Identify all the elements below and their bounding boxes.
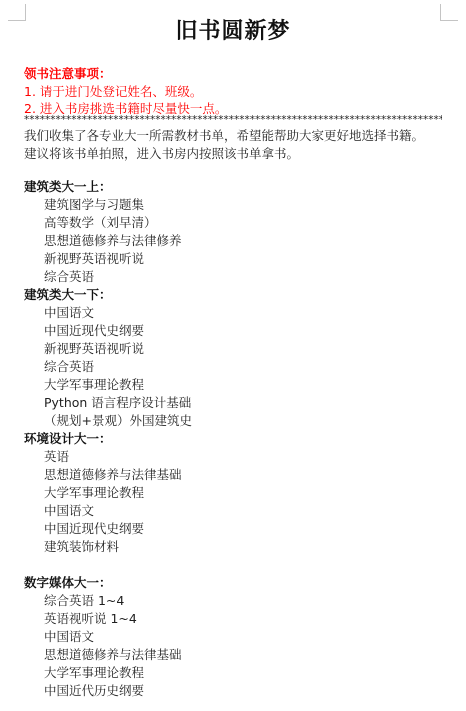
- notice-heading: 领书注意事项：: [24, 65, 442, 83]
- book-item: Python 语言程序设计基础: [24, 394, 442, 412]
- book-item: 综合英语 1~4: [24, 592, 442, 610]
- book-item: 综合英语: [24, 268, 442, 286]
- section-heading: 数字媒体大一：: [24, 574, 442, 592]
- section-heading: 建筑类大一上：: [24, 178, 442, 196]
- book-item: 中国近现代史纲要: [24, 322, 442, 340]
- blank-line-spacer: [24, 556, 442, 574]
- book-item: 中国语文: [24, 502, 442, 520]
- book-sections: 建筑类大一上：建筑图学与习题集高等数学（刘早清）思想道德修养与法律修养新视野英语…: [24, 178, 442, 700]
- book-item: 建筑装饰材料: [24, 538, 442, 556]
- page-title: 旧书圆新梦: [24, 17, 442, 47]
- book-item: 新视野英语视听说: [24, 250, 442, 268]
- book-item: 建筑图学与习题集: [24, 196, 442, 214]
- book-item: 大学军事理论教程: [24, 664, 442, 682]
- book-item: 综合英语: [24, 358, 442, 376]
- margin-crop-mark-top-right-horizontal: [440, 20, 458, 21]
- book-item: 中国语文: [24, 628, 442, 646]
- book-item: （规划+景观）外国建筑史: [24, 412, 442, 430]
- book-item: 思想道德修养与法律基础: [24, 646, 442, 664]
- notice-item: 1. 请于进门处登记姓名、班级。: [24, 83, 442, 101]
- book-item: 新视野英语视听说: [24, 340, 442, 358]
- book-item: 中国近代历史纲要: [24, 682, 442, 700]
- book-item: 大学军事理论教程: [24, 376, 442, 394]
- intro-block: 我们收集了各专业大一所需教材书单，希望能帮助大家更好地选择书籍。 建议将该书单拍…: [24, 127, 442, 163]
- document-page: 旧书圆新梦 领书注意事项： 1. 请于进门处登记姓名、班级。 2. 进入书房挑选…: [0, 0, 466, 711]
- book-item: 中国近现代史纲要: [24, 520, 442, 538]
- separator-line: ****************************************…: [24, 114, 442, 128]
- book-item: 英语视听说 1~4: [24, 610, 442, 628]
- section-heading: 建筑类大一下：: [24, 286, 442, 304]
- book-item: 英语: [24, 448, 442, 466]
- book-item: 中国语文: [24, 304, 442, 322]
- intro-line: 我们收集了各专业大一所需教材书单，希望能帮助大家更好地选择书籍。: [24, 127, 442, 145]
- book-item: 高等数学（刘早清）: [24, 214, 442, 232]
- intro-line: 建议将该书单拍照，进入书房内按照该书单拿书。: [24, 145, 442, 163]
- book-item: 大学军事理论教程: [24, 484, 442, 502]
- book-item: 思想道德修养与法律修养: [24, 232, 442, 250]
- book-item: 思想道德修养与法律基础: [24, 466, 442, 484]
- notice-block: 领书注意事项： 1. 请于进门处登记姓名、班级。 2. 进入书房挑选书籍时尽量快…: [24, 65, 442, 118]
- section-heading: 环境设计大一：: [24, 430, 442, 448]
